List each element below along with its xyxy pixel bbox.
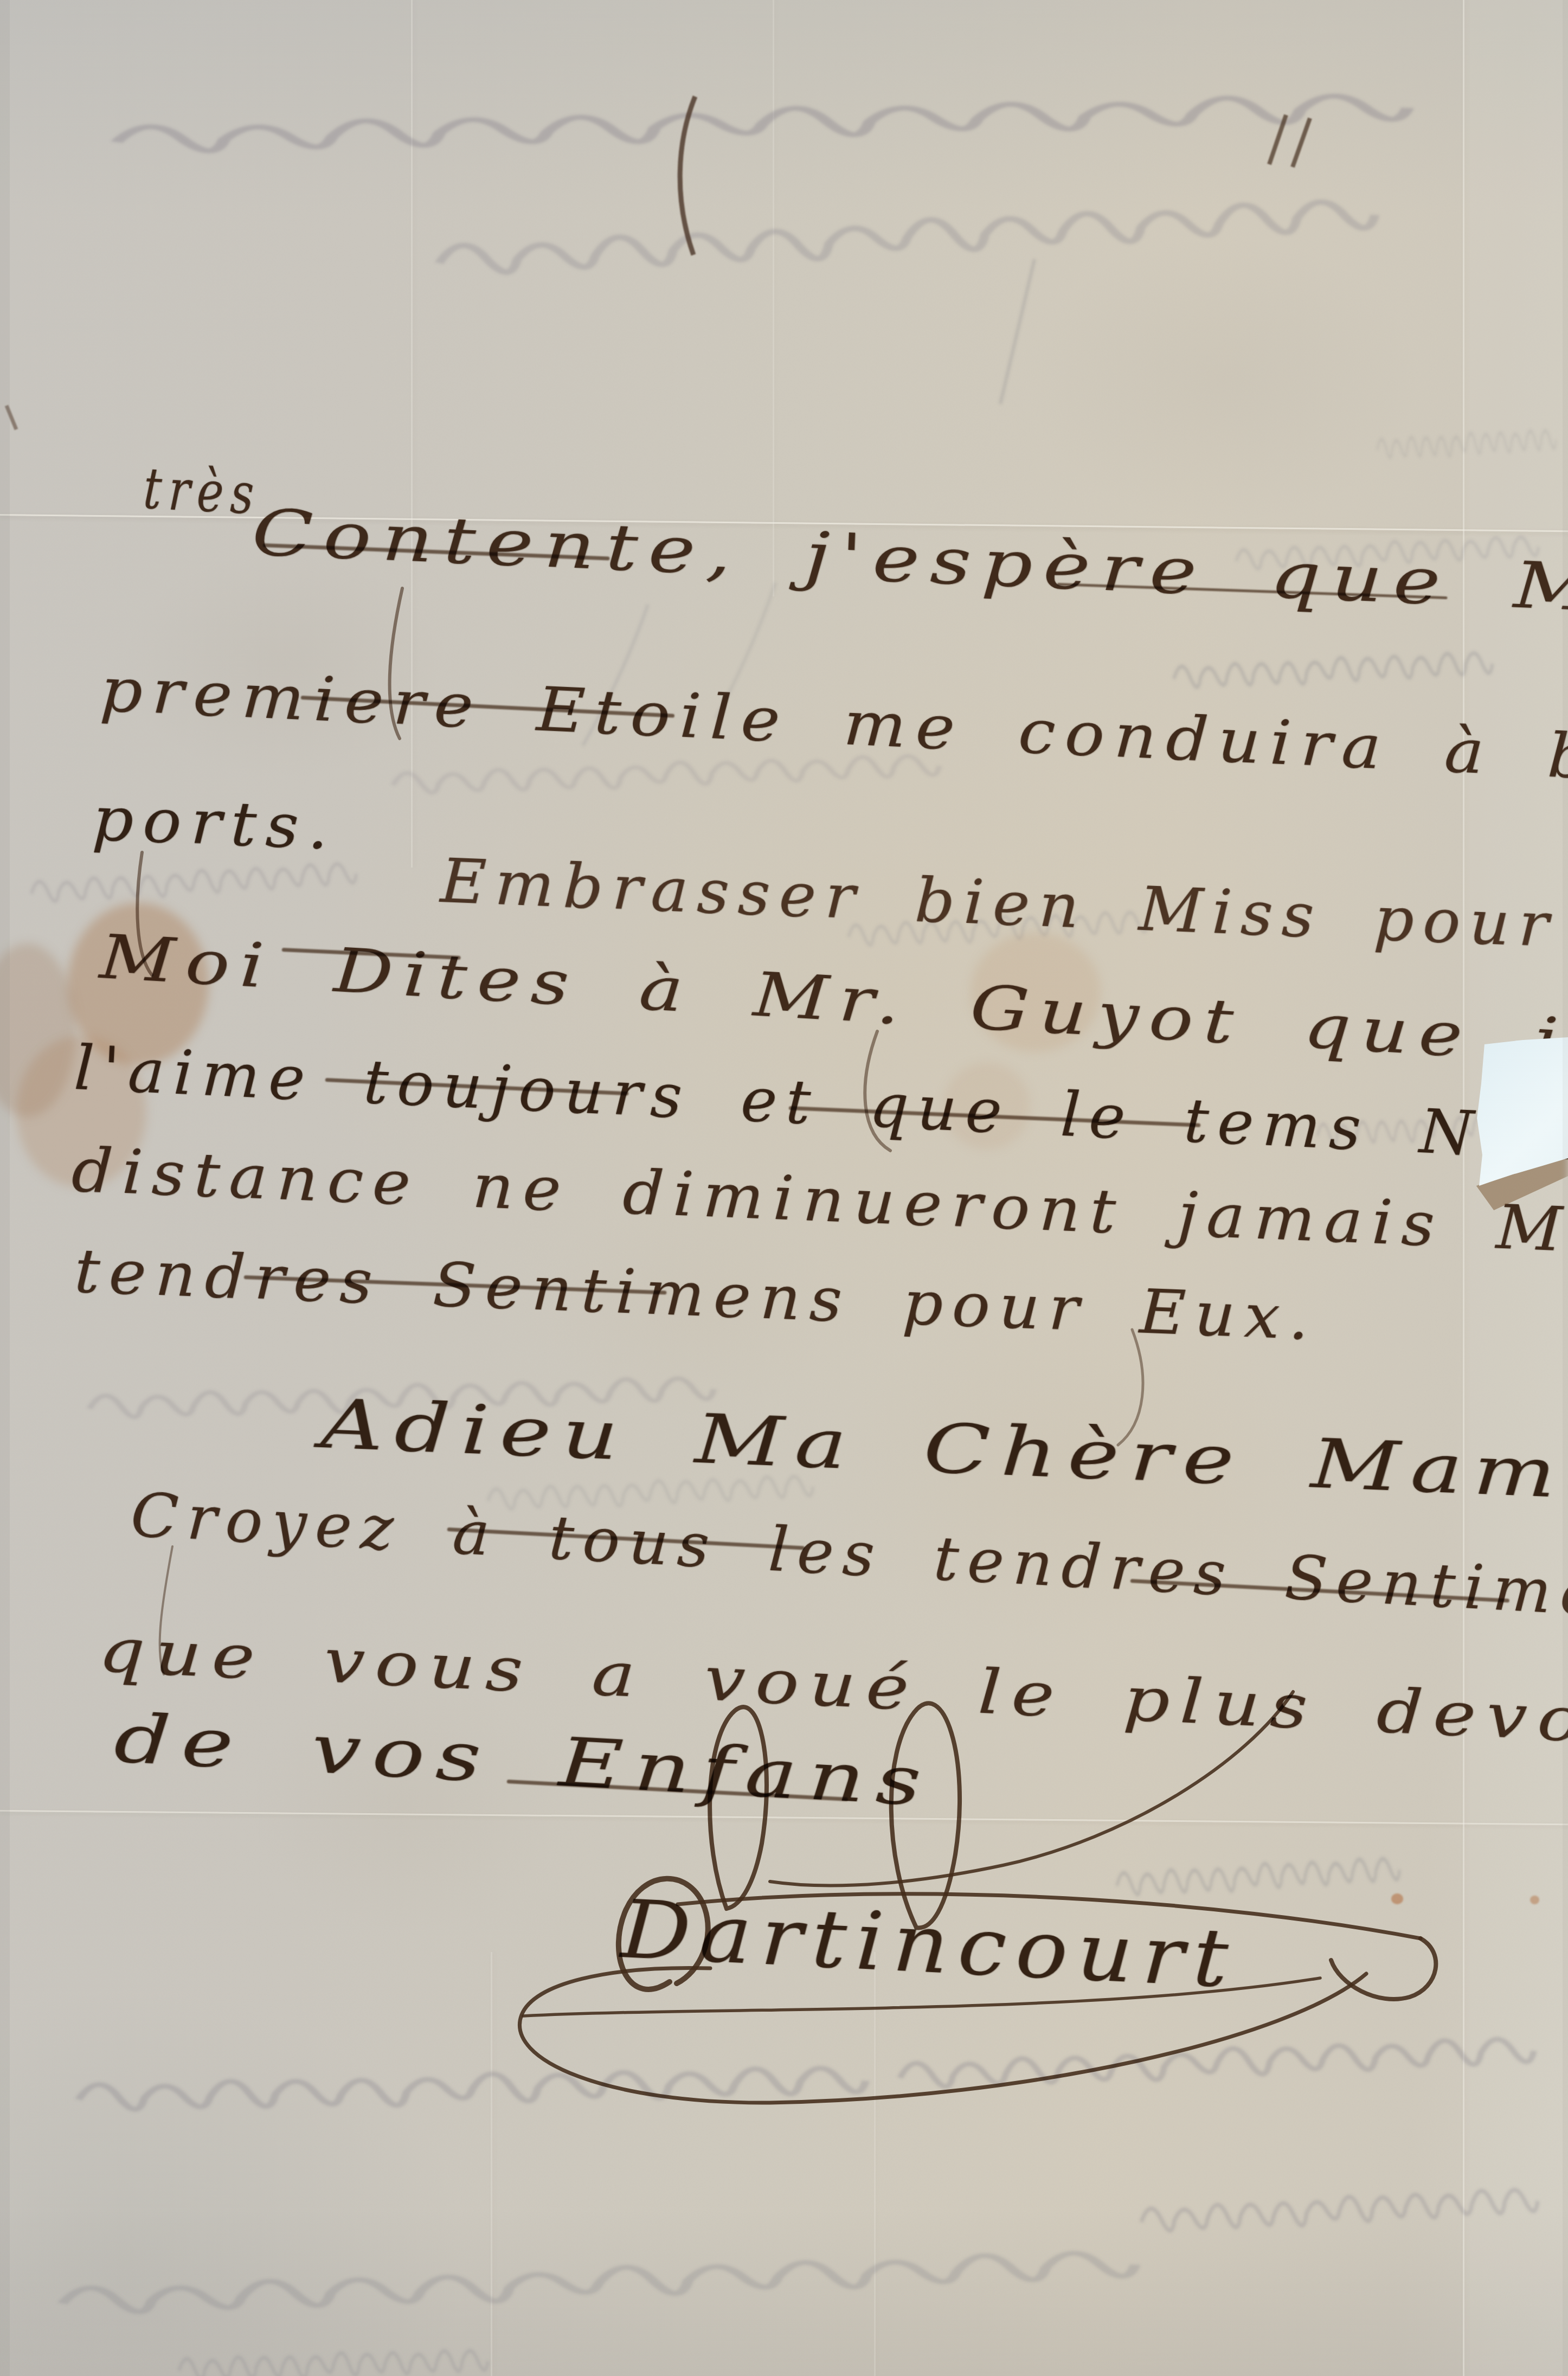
letter-line-word-tres: très <box>142 455 262 528</box>
fold-crease-vertical-center <box>773 0 774 596</box>
letter-line-8: tendres Sentimens pour Eux. <box>73 1236 1319 1354</box>
letter-line-4: Embrasser bien Miss pour <box>439 846 1559 961</box>
foxing-speck <box>1391 1893 1403 1904</box>
letter-line-2: premiere Etoile me conduira à bon <box>99 654 1568 798</box>
letter-line-1: Contente, j'espère que Ma <box>250 495 1568 628</box>
letter-line-9: Adieu Ma Chère Maman <box>319 1384 1568 1519</box>
signature-name: Dartincourt <box>619 1883 1240 2006</box>
letter-photograph: très Contente, j'espère que Ma premiere … <box>0 0 1568 2376</box>
foxing-speck-2 <box>1530 1896 1539 1904</box>
dark-showthrough-marks <box>7 97 1310 429</box>
fold-crease-vertical-bottom-left <box>491 1952 492 2376</box>
fold-crease-vertical-right <box>1463 0 1464 2376</box>
ink-stain-edge <box>0 943 76 1117</box>
letter-line-3: ports. <box>91 784 339 863</box>
fold-crease-vertical-bottom-center <box>874 1952 876 2376</box>
